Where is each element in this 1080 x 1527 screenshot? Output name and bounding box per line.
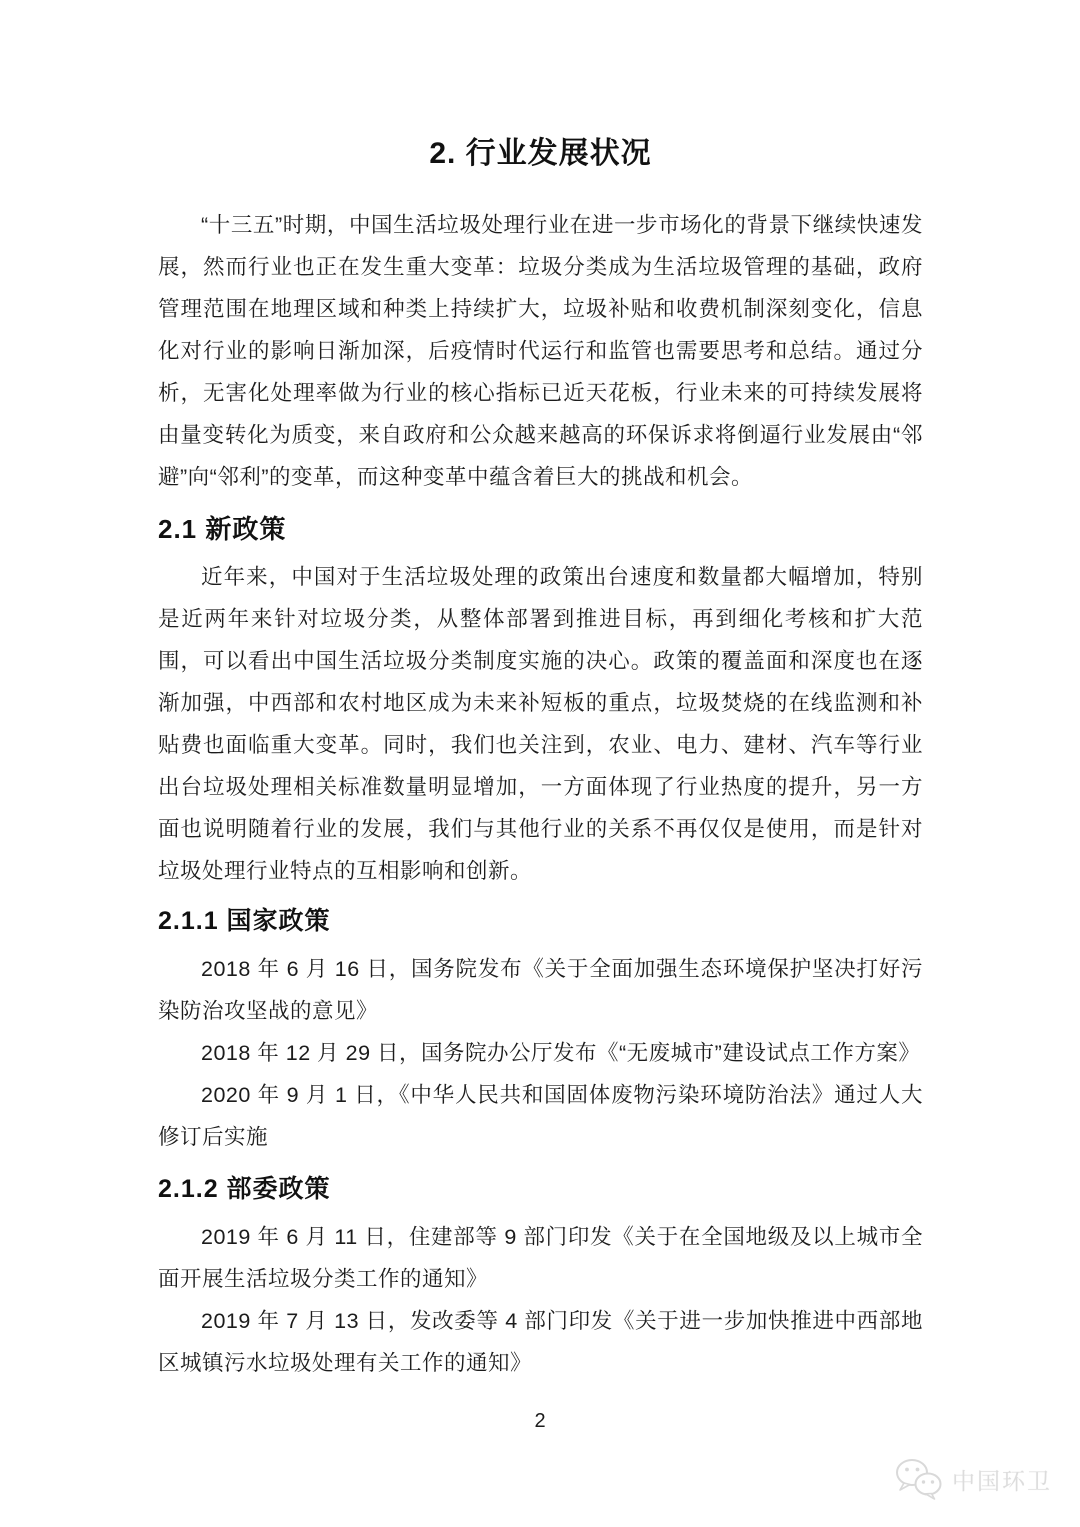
document-title: 2. 行业发展状况: [158, 134, 923, 174]
document-page: 2. 行业发展状况 “十三五”时期，中国生活垃圾处理行业在进一步市场化的背景下继…: [0, 0, 1080, 1527]
section-2-1-2-heading: 2.1.2 部委政策: [158, 1174, 923, 1204]
policy-entry-national-2: 2018 年 12 月 29 日，国务院办公厅发布《“无废城市”建设试点工作方案…: [158, 1032, 923, 1074]
policy-entry-national-1: 2018 年 6 月 16 日，国务院发布《关于全面加强生态环境保护坚决打好污染…: [158, 948, 923, 1032]
page-number: 2: [0, 1410, 1080, 1433]
policy-entry-national-3: 2020 年 9 月 1 日，《中华人民共和国固体废物污染环境防治法》通过人大修…: [158, 1074, 923, 1158]
policy-entry-ministry-1: 2019 年 6 月 11 日，住建部等 9 部门印发《关于在全国地级及以上城市…: [158, 1216, 923, 1300]
section-2-1-1-heading: 2.1.1 国家政策: [158, 906, 923, 936]
section-2-1-body: 近年来，中国对于生活垃圾处理的政策出台速度和数量都大幅增加，特别是近两年来针对垃…: [158, 556, 923, 892]
document-content: 2. 行业发展状况 “十三五”时期，中国生活垃圾处理行业在进一步市场化的背景下继…: [0, 0, 1080, 1384]
intro-paragraph: “十三五”时期，中国生活垃圾处理行业在进一步市场化的背景下继续快速发展，然而行业…: [158, 204, 923, 498]
watermark-label: 中国环卫: [952, 1463, 1052, 1496]
wechat-watermark: 中国环卫: [895, 1458, 1052, 1500]
policy-entry-ministry-2: 2019 年 7 月 13 日，发改委等 4 部门印发《关于进一步加快推进中西部…: [158, 1300, 923, 1384]
section-2-1-heading: 2.1 新政策: [158, 514, 923, 544]
wechat-icon: [895, 1458, 943, 1500]
